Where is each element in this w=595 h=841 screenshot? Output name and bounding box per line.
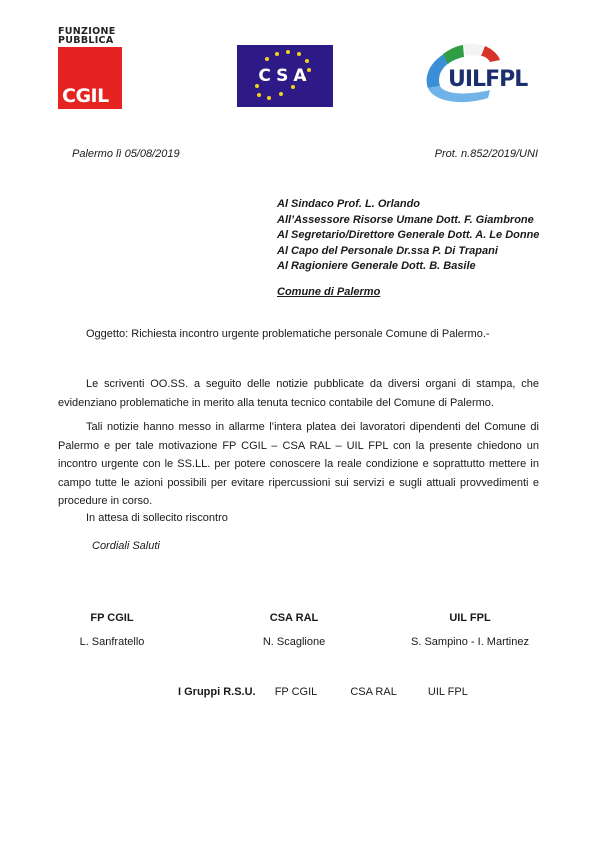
svg-text:UILFPL: UILFPL: [448, 67, 528, 92]
body-paragraph-1: Le scriventi OO.SS. a seguito delle noti…: [58, 375, 539, 412]
signature-org: UIL FPL: [390, 612, 550, 624]
signature-names: N. Scaglione: [214, 636, 374, 648]
closing-greeting: Cordiali Saluti: [92, 540, 160, 552]
closing-request: In attesa di sollecito riscontro: [86, 512, 228, 524]
signature-csa-ral: CSA RAL N. Scaglione: [214, 612, 374, 648]
institution-name: Comune di Palermo: [277, 286, 380, 298]
rsu-groups-line: I Gruppi R.S.U. FP CGIL CSA RAL UIL FPL: [178, 686, 468, 698]
cgil-mark: CGIL: [62, 85, 109, 107]
logo-line2: PUBBLICA: [58, 36, 122, 45]
signature-names: S. Sampino - I. Martinez: [390, 636, 550, 648]
recipient: Al Segretario/Direttore Generale Dott. A…: [277, 228, 539, 244]
uilfpl-logo: UILFPL: [418, 40, 548, 110]
fp-cgil-logo: FUNZIONE PUBBLICA CGIL: [58, 27, 122, 109]
svg-text:CSA: CSA: [258, 66, 311, 86]
rsu-label: I Gruppi R.S.U.: [178, 686, 256, 698]
paragraph-text: Tali notizie hanno messo in allarme l’in…: [58, 418, 539, 511]
paragraph-text: Le scriventi OO.SS. a seguito delle noti…: [58, 375, 539, 412]
recipient: Al Sindaco Prof. L. Orlando: [277, 197, 539, 213]
protocol-number: Prot. n.852/2019/UNI: [435, 148, 538, 160]
place-date: Palermo lì 05/08/2019: [72, 148, 180, 160]
signature-org: CSA RAL: [214, 612, 374, 624]
signature-uil-fpl: UIL FPL S. Sampino - I. Martinez: [390, 612, 550, 648]
rsu-group: FP CGIL: [275, 686, 318, 698]
signature-fp-cgil: FP CGIL L. Sanfratello: [32, 612, 192, 648]
recipient: All’Assessore Risorse Umane Dott. F. Gia…: [277, 213, 539, 229]
signature-names: L. Sanfratello: [32, 636, 192, 648]
uil-ring-icon: UILFPL: [418, 40, 548, 110]
rsu-group: CSA RAL: [350, 686, 396, 698]
recipient: Al Capo del Personale Dr.ssa P. Di Trapa…: [277, 244, 539, 260]
signature-org: FP CGIL: [32, 612, 192, 624]
recipients-list: Al Sindaco Prof. L. Orlando All’Assessor…: [277, 197, 539, 275]
csa-logo: CSA: [237, 45, 333, 107]
body-paragraph-2: Tali notizie hanno messo in allarme l’in…: [58, 418, 539, 511]
rsu-group: UIL FPL: [428, 686, 468, 698]
csa-stars-icon: CSA: [237, 45, 333, 107]
recipient: Al Ragioniere Generale Dott. B. Basile: [277, 259, 539, 275]
subject-line: Oggetto: Richiesta incontro urgente prob…: [86, 328, 490, 340]
cgil-red-box: CGIL: [58, 47, 122, 109]
